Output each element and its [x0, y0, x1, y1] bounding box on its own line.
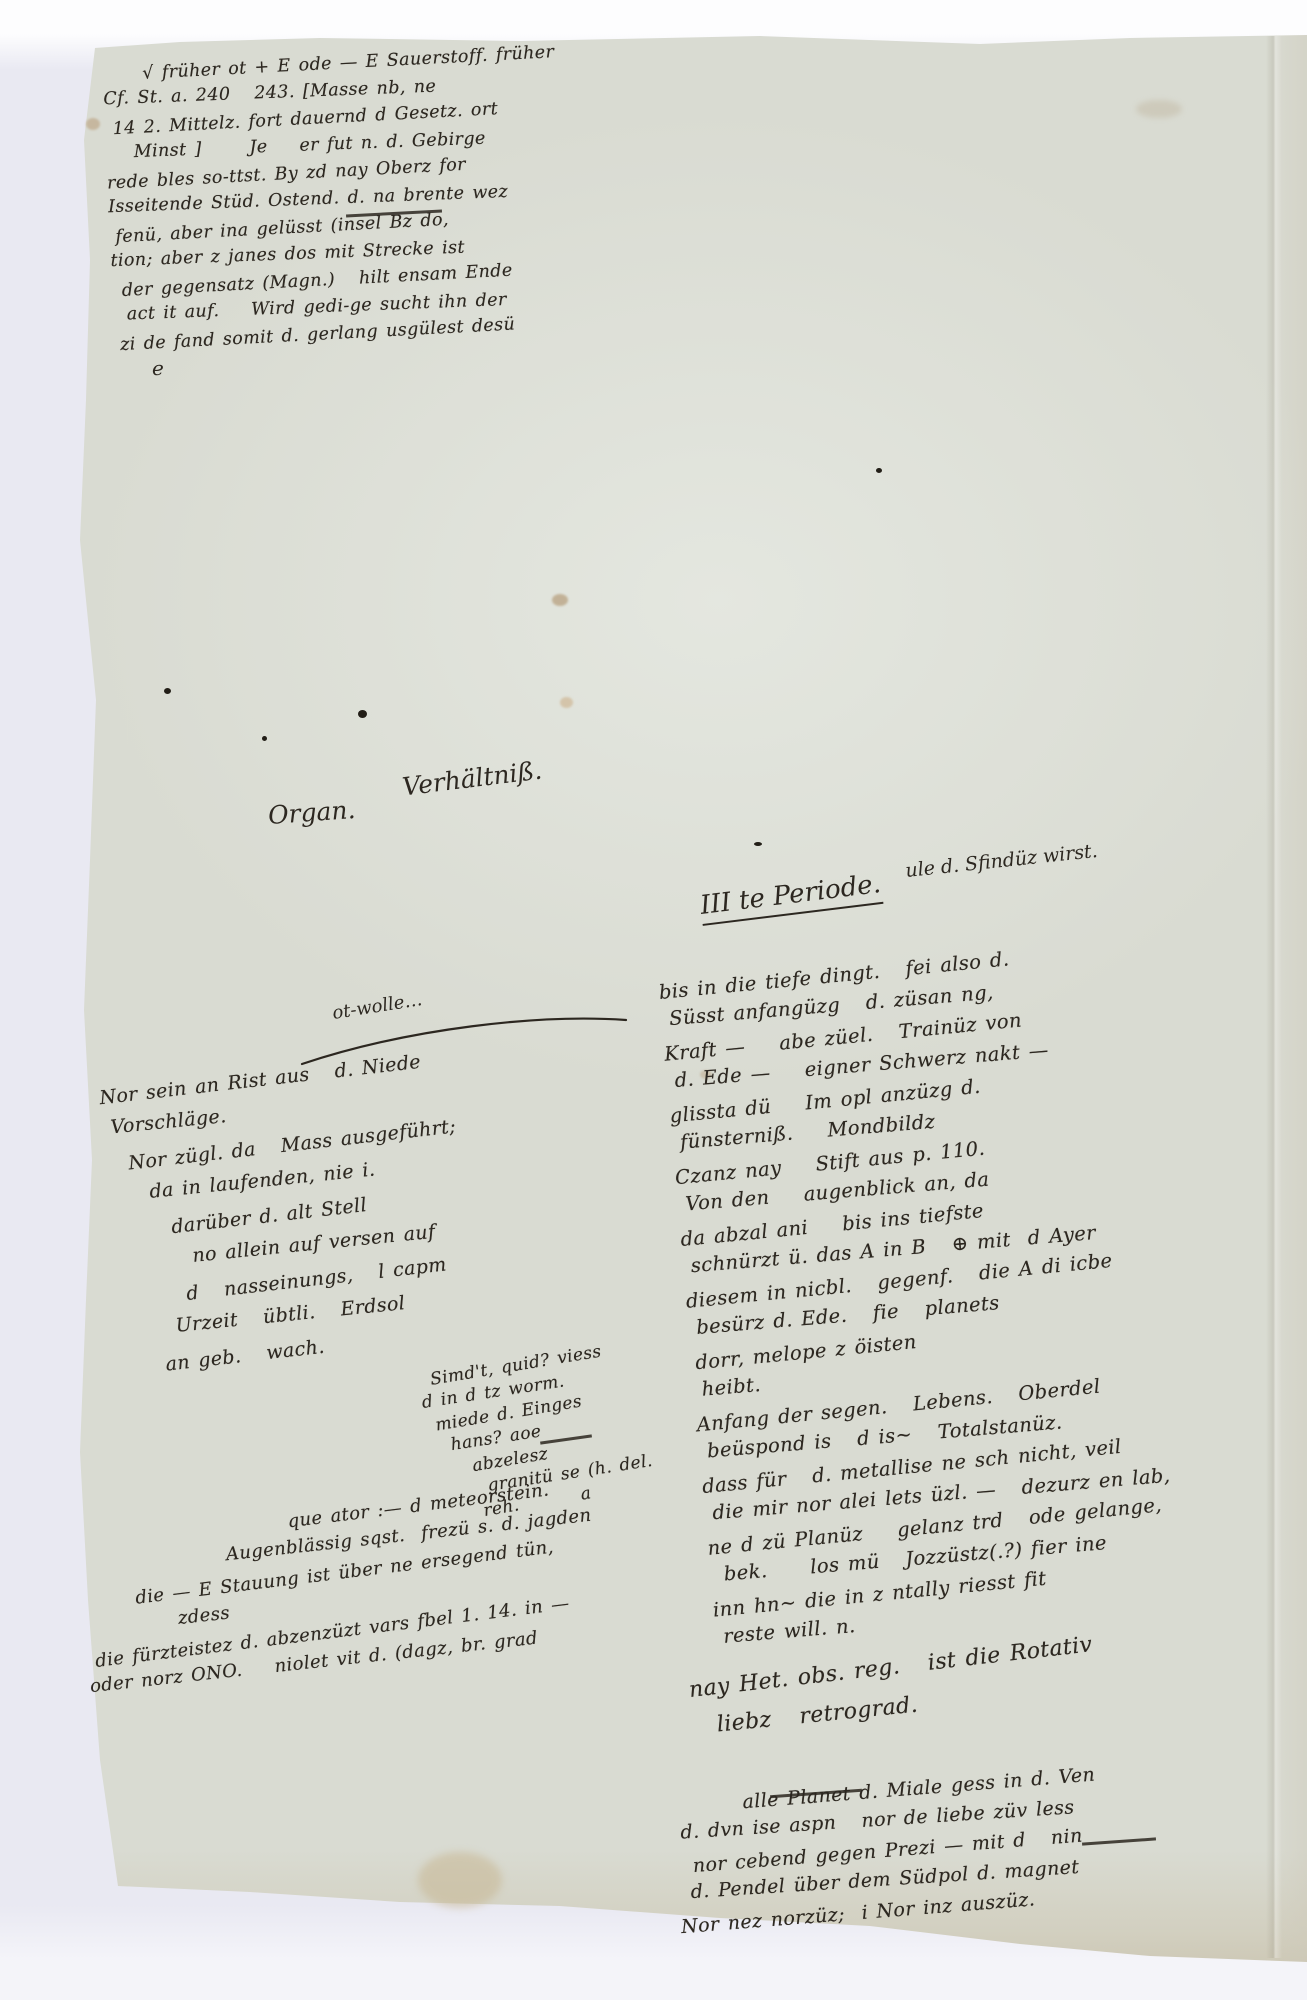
- section-heading-word: Organ.: [267, 795, 356, 830]
- right-column-block: bis in die tiefe dingt. fei also d.Süsst…: [657, 924, 1294, 1654]
- ink-dot: [754, 842, 762, 846]
- stain: [418, 1852, 502, 1908]
- stain: [86, 118, 100, 130]
- top-note-block: √ früher ot + E ode — E Sauerstoff. früh…: [102, 40, 594, 358]
- stain: [560, 697, 573, 708]
- ink-dot: [164, 688, 171, 694]
- margin-mark: e: [152, 356, 164, 380]
- scanned-page: √ früher ot + E ode — E Sauerstoff. früh…: [0, 0, 1307, 2000]
- stain: [1136, 100, 1182, 118]
- paper-crease: [1266, 36, 1282, 1958]
- ink-dot: [876, 468, 882, 473]
- ink-dot: [262, 736, 267, 741]
- left-column-block: Nor sein an Rist aus d. NiedeVorschläge.…: [97, 1023, 666, 1384]
- ink-dot: [358, 710, 367, 718]
- stain: [552, 594, 568, 606]
